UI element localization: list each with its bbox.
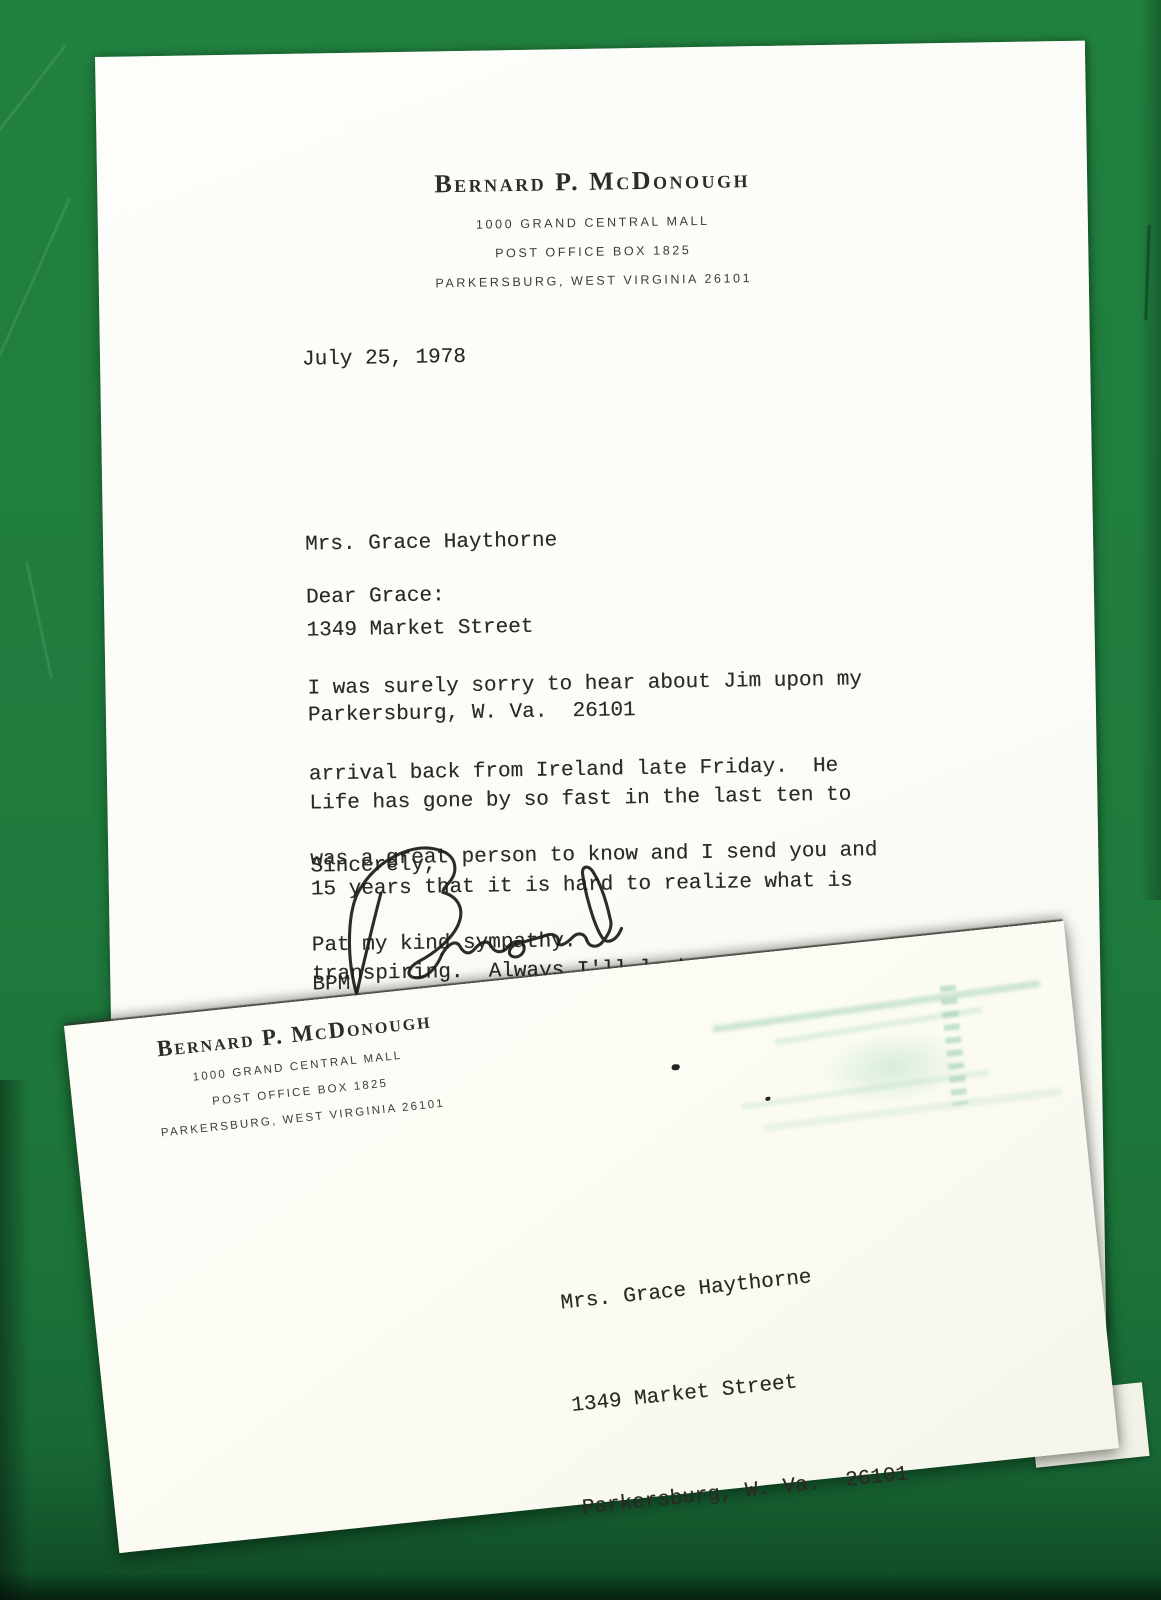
backdrop-edge-strip <box>0 1574 1161 1600</box>
body-line: I was surely sorry to hear about Jim upo… <box>307 666 874 704</box>
envelope-letterhead: Bernard P. McDonough 1000 GRAND CENTRAL … <box>94 1001 503 1152</box>
envelope-address-line: Parkersburg, W. Va. 26101 <box>581 1461 910 1524</box>
letter-salutation: Dear Grace: <box>306 582 445 613</box>
recipient-line: Mrs. Grace Haythorne <box>305 526 633 560</box>
body-line: Life has gone by so fast in the last ten… <box>309 782 851 819</box>
backdrop-scratch <box>0 198 71 372</box>
envelope-address-block: Mrs. Grace Haythorne 1349 Market Street … <box>553 1200 917 1598</box>
scanned-photo-background: Bernard P. McDonough 1000 GRAND CENTRAL … <box>0 0 1161 1600</box>
postmark-smudge <box>710 970 1074 1156</box>
backdrop-shadow-right <box>1139 0 1161 900</box>
envelope-address-line: 1349 Market Street <box>570 1359 899 1422</box>
letter-date: July 25, 1978 <box>302 344 466 375</box>
letter-letterhead-name: Bernard P. McDonough <box>97 159 1087 205</box>
postmark-mark <box>814 1022 971 1112</box>
backdrop-scratch <box>26 561 53 679</box>
envelope: Bernard P. McDonough 1000 GRAND CENTRAL … <box>64 921 1119 1553</box>
letter-letterhead-address: 1000 GRAND CENTRAL MALL POST OFFICE BOX … <box>98 201 1089 304</box>
backdrop-shadow-left <box>0 1080 30 1600</box>
backdrop-crease <box>1144 225 1150 320</box>
envelope-address-line: Mrs. Grace Haythorne <box>559 1256 888 1319</box>
ink-speck <box>672 1064 680 1070</box>
backdrop-scratch <box>0 45 66 164</box>
